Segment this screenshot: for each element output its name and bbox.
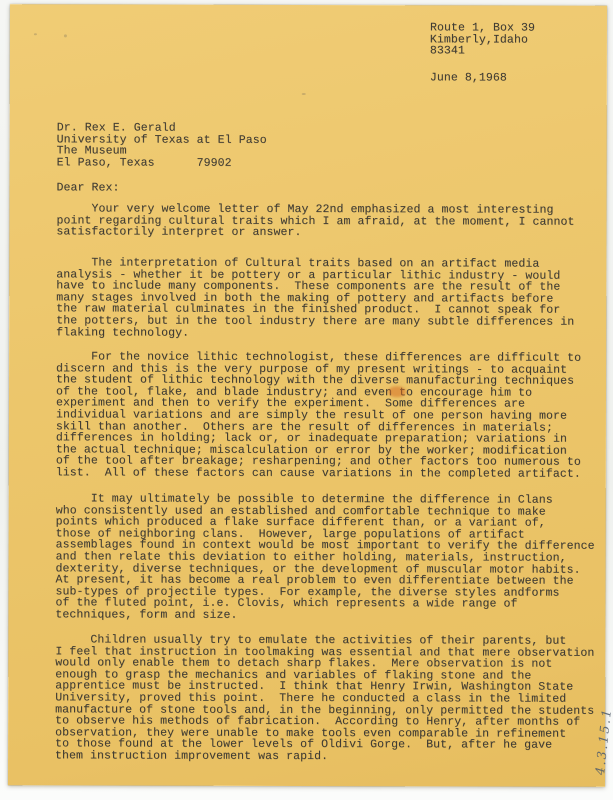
- body-paragraph: It may ultimately be possible to determi…: [55, 493, 594, 622]
- letter-paper: Route 1, Box 39 Kimberly,Idaho 83341 Jun…: [8, 4, 607, 787]
- paper-speck: [302, 93, 306, 95]
- body-paragraph: Your very welcome letter of May 22nd emp…: [56, 203, 574, 239]
- body-paragraph: For the novice lithic technologist, thes…: [56, 351, 581, 480]
- letter-date: June 8,1968: [430, 72, 507, 84]
- paper-speck: [34, 33, 37, 35]
- recipient-address: Dr. Rex E. Gerald University of Texas at…: [57, 122, 267, 169]
- body-paragraph: The interpretation of Cultural traits ba…: [56, 257, 574, 340]
- paper-speck: [64, 34, 67, 37]
- sender-address: Route 1, Box 39 Kimberly,Idaho 83341: [430, 22, 535, 57]
- body-paragraph: Children usually try to emulate the acti…: [55, 634, 594, 763]
- scan-background: Route 1, Box 39 Kimberly,Idaho 83341 Jun…: [0, 0, 613, 800]
- salutation: Dear Rex:: [57, 182, 120, 194]
- ink-smudge: [388, 386, 406, 397]
